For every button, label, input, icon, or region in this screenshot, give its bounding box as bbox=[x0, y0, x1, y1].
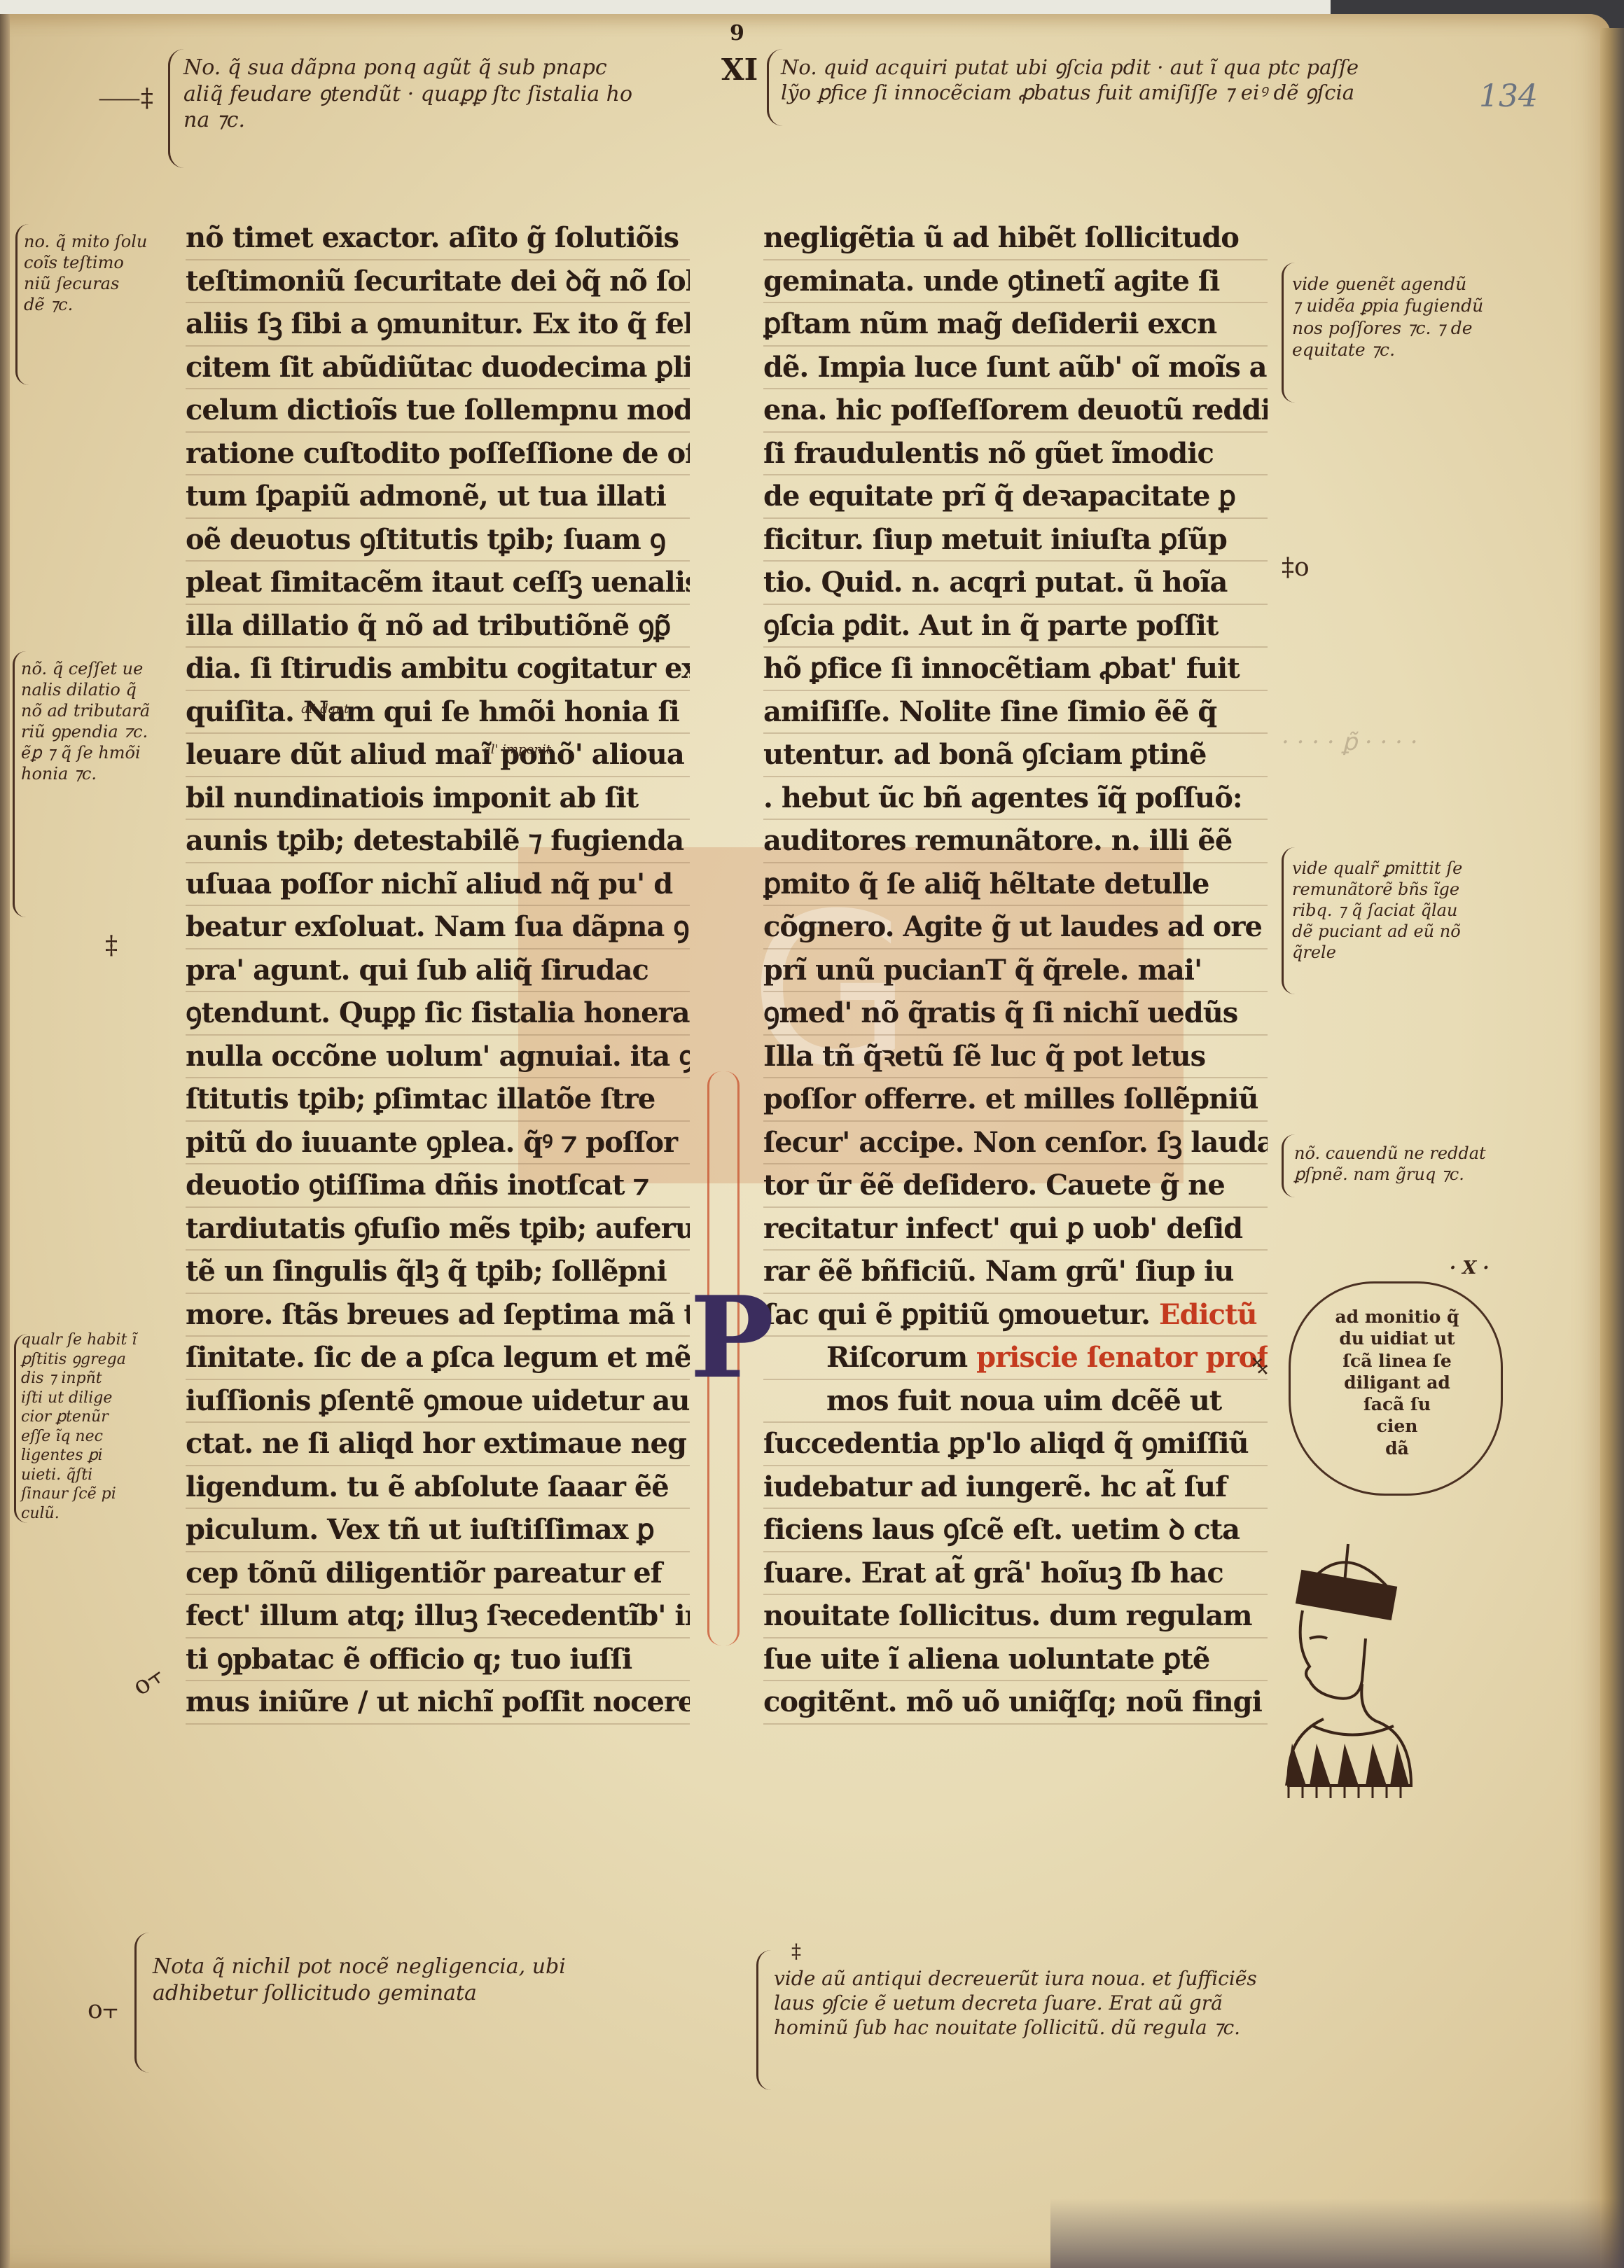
text-line: cogitẽnt. mõ uõ uniq̃ſq; noũ fingi bbox=[763, 1681, 1268, 1725]
cross-mark-icon: ‡ bbox=[105, 931, 118, 960]
text-line: ꝯſcia ꝑdit. Aut in q̃ parte poſſit bbox=[763, 605, 1268, 648]
text-line: . hebut ũc bñ agentes ĩq̃ poſſuõ: bbox=[763, 777, 1268, 821]
right-margin-note-1: vide ꝯuenẽt agendũ ⁊ uidẽa ꝑpia fugiendũ… bbox=[1292, 273, 1483, 361]
text-line: ligendum. tu ẽ abſolute ſaaar ẽẽ bbox=[186, 1466, 690, 1510]
text-line: Riſcorum priscie ſenator profato. bbox=[763, 1337, 1268, 1380]
text-line: ſue uite ĩ aliena uoluntate ꝑtẽ bbox=[763, 1639, 1268, 1682]
text-line: leuare dũt aliud maĩ ponõ' alioua bbox=[186, 734, 690, 777]
text-line: auditores remunãtore. n. illi ẽẽ bbox=[763, 820, 1268, 863]
right-note-brace-3 bbox=[1282, 1134, 1295, 1197]
rubric-edictum: Edictũ bbox=[1159, 1298, 1257, 1331]
text-line: tio. Quid. n. acqri putat. ũ hoĩa bbox=[763, 562, 1268, 605]
chapter-marker: 9 XI bbox=[721, 53, 758, 87]
speech-bubble-text: ad monitio q̃ du uidiat ut ſcã linea ſe … bbox=[1310, 1306, 1485, 1459]
left-margin-note-2: nõ. q̃ ceſſet ue nalis dilatio q̃ nõ ad … bbox=[21, 658, 150, 784]
left-margin-note-3: qualr ſe habit ĩ ꝑſtitis ꝯgrega dis ⁊ in… bbox=[21, 1330, 137, 1523]
text-line: oẽ deuotus ꝯſtitutis tꝑib; ſuam ꝯ bbox=[186, 519, 690, 562]
text-line: ꝯtendunt. Quꝑꝑ ſic ſistalia honera bbox=[186, 992, 690, 1036]
chapter-marker-top: 9 bbox=[730, 21, 744, 46]
text-line: illa dillatio q̃ nõ ad tributiõnẽ ꝯꝑ̃ bbox=[186, 605, 690, 648]
rubric-title: priscie ſenator profato. bbox=[976, 1341, 1268, 1374]
text-line: iudebatur ad iungerẽ. hc at̃ ſuf bbox=[763, 1466, 1268, 1510]
text-line: cõgnero. Agite g̃ ut laudes ad ore bbox=[763, 906, 1268, 949]
text-line: ꝑſtam nũm mag̃ deſiderii excn bbox=[763, 303, 1268, 347]
text-line: deuotio ꝯtiſſima dñis inotſcat ⁊ bbox=[186, 1164, 690, 1208]
text-line: negligẽtia ũ ad hibẽt ſollicitudo bbox=[763, 217, 1268, 260]
text-line: mos fuit noua uim dcẽẽ ut bbox=[763, 1380, 1268, 1424]
text-line: recitatur infect' qui ꝑ uob' deſid bbox=[763, 1208, 1268, 1251]
faded-offset-text: · · · · ꝑ̃ · · · · bbox=[1282, 728, 1418, 756]
text-line: ficiens laus ꝯſcẽ eſt. uetim ꝺ cta bbox=[763, 1509, 1268, 1552]
text-line: amiſiſſe. Nolite ſine ſimio ẽẽ q̃ bbox=[763, 691, 1268, 735]
text-line: tor ũr ẽẽ deſidero. Cauete g̃ ne bbox=[763, 1164, 1268, 1208]
text-line: prĩ unũ pucianT q̃ q̃rele. mai' bbox=[763, 949, 1268, 993]
text-line: nulla occõne uolum' agnuiai. ita ꝯ bbox=[186, 1036, 690, 1079]
folio-number: 134 bbox=[1479, 78, 1538, 114]
text-line: pitũ do iuuante ꝯplea. q̃ꝰ ⁊ poſſor bbox=[186, 1122, 690, 1165]
decorated-initial: P bbox=[690, 1281, 760, 1400]
text-line: more. ſtãs breues ad ſeptima mã tꝫ bbox=[186, 1294, 690, 1337]
text-line: ſac qui ẽ ꝑpitiũ ꝯmouetur. Edictũ bbox=[763, 1294, 1268, 1337]
text-line: ti ꝯpbatac ẽ officio q; tuo iuſſi bbox=[186, 1639, 690, 1682]
margin-mark-xi: · X · bbox=[1450, 1257, 1489, 1280]
chapter-marker-label: XI bbox=[721, 53, 758, 87]
text-line: ſecur' accipe. Non cenſor. ſꝫ lauda bbox=[763, 1122, 1268, 1165]
text-line: iuſſionis ꝑſentẽ ꝯmoue uidetur au bbox=[186, 1380, 690, 1424]
text-line: ſtitutis tꝑib; ꝑſimtac illatõe ſtre bbox=[186, 1078, 690, 1122]
top-left-note: No. q̃ sua dãpna ponq agũt q̃ sub pnapc … bbox=[183, 55, 632, 134]
right-text-column: negligẽtia ũ ad hibẽt ſollicitudo gemina… bbox=[763, 217, 1268, 1725]
text-line: tum ſꝑapiũ admonẽ, ut tua illati bbox=[186, 475, 690, 519]
text-line: dẽ. Impia luce ſunt aũb' oĩ moĩs ali bbox=[763, 347, 1268, 390]
text-line: ſi fraudulentis nõ gũet ĩmodic bbox=[763, 433, 1268, 476]
cross-mark-icon: ‡ bbox=[791, 1940, 801, 1963]
cross-mark-icon: ‡o bbox=[1282, 553, 1310, 582]
scan-shadow bbox=[1050, 2199, 1624, 2268]
text-line: ꝑmito q̃ ſe aliq̃ hẽltate detulle bbox=[763, 863, 1268, 907]
text-line: piculum. Vex tñ ut iuſtiſſimax ꝑ bbox=[186, 1509, 690, 1552]
interlinear-gloss: al' dant bbox=[301, 702, 349, 718]
text-line: Illa tñ q̃ꝛetũ ſẽ luc q̃ pot letus bbox=[763, 1036, 1268, 1079]
page-edge bbox=[1600, 28, 1624, 2268]
text-line: fect' illum atq; illuꝫ ſꝛecedentĩb' iñ bbox=[186, 1595, 690, 1639]
text-line: aunis tꝑib; detestabilẽ ⁊ fugienda bbox=[186, 820, 690, 863]
text-line: poſſor offerre. et milles ſollẽpniũ bbox=[763, 1078, 1268, 1122]
text-line: aliis ſꝫ ſibi a ꝯmunitur. Ex ito q̃ feli bbox=[186, 303, 690, 347]
text-line: nouitate ſollicitus. dum regulam bbox=[763, 1595, 1268, 1639]
left-text-column: nõ timet exactor. aſito g̃ ſolutiõis teſ… bbox=[186, 217, 690, 1725]
left-margin-note-1: no. q̃ mito ſolu coĩs teſtimo niũ ſecura… bbox=[24, 231, 147, 315]
text-line: uſuaa poſſor nichĩ aliud nq̃ pu' d bbox=[186, 863, 690, 907]
text-line: celum dictioĩs tue ſollempnu mode bbox=[186, 389, 690, 433]
bottom-right-note: vide aũ antiqui decreuerũt iura noua. et… bbox=[774, 1966, 1257, 2040]
text-line: ctat. ne ſi aliqd hor extimaue neg bbox=[186, 1423, 690, 1466]
cross-mark-icon: ⸺‡ bbox=[98, 78, 153, 114]
text-line: teſtimoniũ ſecuritate dei ꝺq̃ nõ ſolũ bbox=[186, 260, 690, 304]
text-line: pleat ſimitacẽm itaut ceſſꝫ uenalis bbox=[186, 562, 690, 605]
text-line: ſuare. Erat at̃ grã' hoĩuꝫ ſb hac bbox=[763, 1552, 1268, 1596]
text-line: ficitur. ſiup metuit iniuſta ꝑſũp bbox=[763, 519, 1268, 562]
bottom-right-note-brace bbox=[756, 1950, 771, 2090]
top-right-note: No. quid acquiri putat ubi ꝯſcia pdit · … bbox=[781, 55, 1359, 106]
text-line: ꝯmed' nõ q̃ratis q̃ ſi nichĩ uedũs bbox=[763, 992, 1268, 1036]
text-line: ſinitate. ſic de a ꝑſca legum et mẽ bbox=[186, 1337, 690, 1380]
text-line: ena. hic poſſeſſorem deuotũ reddite bbox=[763, 389, 1268, 433]
text-line: utentur. ad bonã ꝯſciam ꝑtinẽ bbox=[763, 734, 1268, 777]
bottom-left-note: Nota q̃ nichil pot nocẽ negligencia, ubi… bbox=[153, 1954, 566, 2006]
top-left-note-brace bbox=[168, 49, 184, 168]
right-margin-note-3: nõ. cauendũ ne reddat ꝑſpnẽ. nam g̃ruq ⁊… bbox=[1294, 1143, 1486, 1185]
text-line: tardiutatis ꝯfuſio mẽs tꝑib; auferu bbox=[186, 1208, 690, 1251]
text-line: geminata. unde ꝯtinetĩ agite ſi bbox=[763, 260, 1268, 304]
text-line: bil nundinatiois imponit ab ſit bbox=[186, 777, 690, 821]
text-line: hõ ꝑfice ſi innocẽtiam ꝓbat' fuit bbox=[763, 648, 1268, 691]
text-line: citem ſit abũdiũtac duodecima ꝑlio bbox=[186, 347, 690, 390]
right-margin-note-2: vide qualr̃ ꝑmittit ſe remunãtorẽ bñs ĩg… bbox=[1292, 858, 1462, 963]
key-mark-icon: o⫟ bbox=[88, 1996, 118, 2025]
text-line: beatur exſoluat. Nam ſua dãpna ꝯ bbox=[186, 906, 690, 949]
text-line: de equitate prĩ q̃ deꝛapacitate ꝑ bbox=[763, 475, 1268, 519]
text-line-content: Riſcorum bbox=[826, 1341, 967, 1374]
text-line: ſuccedentia ꝑp'lo aliqd q̃ ꝯmiſſiũ bbox=[763, 1423, 1268, 1466]
text-line: dia. ſi ſtirudis ambitu cogitatur ex bbox=[186, 648, 690, 691]
crowned-bust-drawing-icon bbox=[1282, 1533, 1429, 1828]
bottom-left-note-brace bbox=[134, 1933, 149, 2073]
text-line: ratione cuſtodito poſſeſſione de oſſiũ q… bbox=[186, 433, 690, 476]
binding-spine bbox=[0, 14, 10, 2268]
text-line: pra' agunt. qui ſub aliq̃ ſirudac bbox=[186, 949, 690, 993]
text-line: mus iniũre / ut nichĩ poſſit nocere bbox=[186, 1681, 690, 1725]
text-line: nõ timet exactor. aſito g̃ ſolutiõis bbox=[186, 217, 690, 260]
text-line: rar ẽẽ bñficiũ. Nam grũ' ſiup iu bbox=[763, 1251, 1268, 1294]
text-line: quiſita. Nam qui ſe hmõi honia ſi bbox=[186, 691, 690, 735]
text-line: tẽ un ſingulis q̃lꝫ q̃ tꝑib; ſollẽpni bbox=[186, 1251, 690, 1294]
text-line-content: ſac qui ẽ ꝑpitiũ ꝯmouetur. bbox=[763, 1298, 1150, 1331]
interlinear-gloss: al' imponit bbox=[483, 742, 551, 758]
text-line: cep tõnũ diligentiõr pareatur ef bbox=[186, 1552, 690, 1596]
